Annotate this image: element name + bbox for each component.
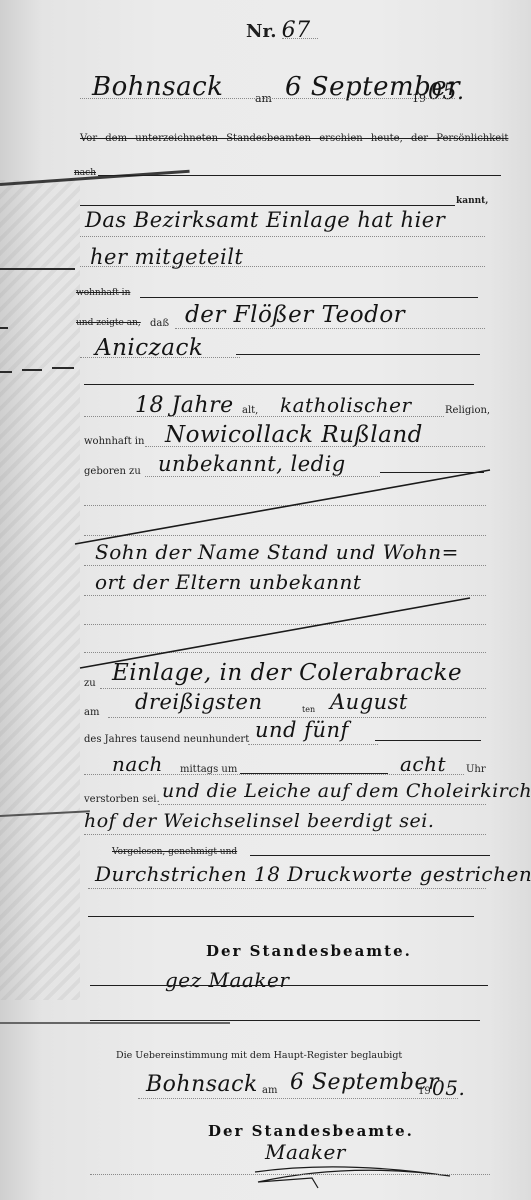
- correction-dotline: [88, 888, 486, 889]
- year-dotline: [248, 744, 378, 745]
- death-month-value: August: [330, 690, 408, 714]
- cert-am-label: am: [262, 1085, 277, 1096]
- time-prefix-value: nach: [112, 752, 163, 776]
- correction-closing-line: [88, 916, 474, 917]
- official-heading: Der Standesbeamte.: [206, 942, 412, 960]
- cert-date: 6 September: [290, 1070, 439, 1095]
- struck-vorgelesen-text: Vorgelesen, genehmigt und: [112, 847, 237, 857]
- verstorben-label: verstorben sei.: [84, 794, 160, 805]
- cert-year-suffix: 05.: [432, 1076, 465, 1100]
- burial-line-1: und die Leiche auf dem Choleirkirch-: [162, 780, 531, 802]
- certification-text: Die Uebereinstimmung mit dem Haupt-Regis…: [116, 1050, 402, 1061]
- cert-year-prefix: 19: [418, 1086, 431, 1097]
- vorgelesen-line: [250, 855, 490, 856]
- burial-dotline-1: [158, 804, 486, 805]
- record-end-line: [90, 1020, 480, 1021]
- death-place-dotline: [100, 688, 486, 689]
- death-place-label: zu: [84, 678, 96, 689]
- year-value: und fünf: [255, 718, 349, 742]
- uhr-label: Uhr: [466, 764, 486, 775]
- correction-note: Durchstrichen 18 Druckworte gestrichen: [95, 862, 531, 886]
- death-place-value: Einlage, in der Colerabracke: [112, 660, 462, 686]
- cert-date-dotline: [138, 1098, 458, 1099]
- burial-line-2: hof der Weichselinsel beerdigt sei.: [84, 810, 434, 832]
- death-day-label: am: [84, 707, 99, 718]
- year-fill-line: [375, 740, 481, 741]
- official-signature: gez Maaker: [165, 968, 289, 992]
- cert-signature: Maaker: [265, 1140, 346, 1164]
- cert-place: Bohnsack: [146, 1072, 258, 1097]
- burial-dotline-2: [84, 834, 486, 835]
- ten-label: ten: [302, 705, 315, 714]
- official-signature-line: [90, 985, 488, 986]
- time-dotline: [84, 774, 464, 775]
- death-day-value: dreißigsten: [135, 690, 262, 714]
- hour-value: acht: [400, 752, 446, 776]
- year-label: des Jahres tausend neunhundert: [84, 734, 249, 745]
- cert-signature-dotline: [90, 1174, 490, 1175]
- civil-registry-death-record: Nr. 67 Bohnsack am 6 September 19 05. Vo…: [0, 0, 531, 1200]
- cert-heading: Der Standesbeamte.: [208, 1122, 414, 1140]
